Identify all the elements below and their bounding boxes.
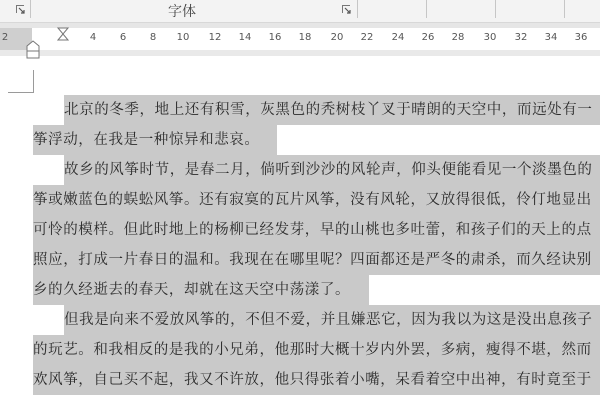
text-line[interactable]: 的玩艺。和我相反的是我的小兄弟，他那时大概十岁内外罢，多病，瘦得不堪，然而	[33, 335, 600, 365]
ruler-tick: 12	[209, 32, 222, 43]
ruler-tick: 26	[422, 32, 435, 43]
ruler-tick: 10	[177, 32, 190, 43]
ruler-tick: 30	[484, 32, 497, 43]
horizontal-ruler[interactable]: 2 4 6 8 10 12 14 16 18 20 22 24 26 28 30…	[0, 28, 600, 50]
ruler-tick: 28	[452, 32, 465, 43]
text-line[interactable]: 照应，打成一片春日的温和。我现在在哪里呢？四面都还是严冬的肃杀，而久经诀别	[33, 245, 600, 275]
ribbon-separator	[564, 0, 565, 18]
ruler-tick: 16	[269, 32, 282, 43]
font-dialog-launcher-icon[interactable]	[342, 5, 351, 14]
font-group-label: 字体	[168, 1, 196, 21]
text-line[interactable]: 北京的冬季，地上还有积雪，灰黑色的秃树枝丫叉于晴朗的天空中，而远处有一	[64, 95, 600, 125]
text-line[interactable]: 可怜的模样。但此时地上的杨柳已经发芽，早的山桃也多吐蕾，和孩子们的天上的点	[33, 215, 600, 245]
ruler-tick: 2	[2, 32, 8, 43]
ruler-tick: 14	[239, 32, 252, 43]
document-body[interactable]: 北京的冬季，地上还有积雪，灰黑色的秃树枝丫叉于晴朗的天空中，而远处有一 筝浮动，…	[0, 56, 600, 400]
first-line-indent-marker-icon[interactable]	[57, 27, 69, 41]
ruler-tick: 4	[90, 32, 96, 43]
text-line[interactable]: 筝浮动，在我是一种惊异和悲哀。	[33, 125, 277, 155]
ruler-tick: 34	[545, 32, 558, 43]
text-line[interactable]: 欢风筝，自己买不起，我又不许放，他只得张着小嘴，呆看着空中出神，有时竟至于	[33, 365, 600, 395]
ribbon-separator	[426, 0, 427, 18]
text-line[interactable]: 但我是向来不爱放风筝的，不但不爱，并且嫌恶它，因为我以为这是没出息孩子	[64, 305, 600, 335]
text-line[interactable]: 筝或嫩蓝色的蜈蚣风筝。还有寂寞的瓦片风筝，没有风轮，又放得很低，伶仃地显出	[33, 185, 600, 215]
ruler-tick: 32	[515, 32, 528, 43]
ruler-tick: 36	[575, 32, 588, 43]
ruler-tick: 8	[150, 32, 156, 43]
ribbon-separator	[30, 0, 31, 18]
ribbon-group-bar: 字体	[0, 0, 600, 22]
ruler-tick: 20	[331, 32, 344, 43]
text-line[interactable]: 乡的久经逝去的春天，却就在这天空中荡漾了。	[33, 275, 369, 305]
ruler-tick: 22	[361, 32, 374, 43]
ribbon-separator	[495, 0, 496, 18]
ruler-tick: 6	[120, 32, 126, 43]
ribbon-separator	[357, 0, 358, 18]
dialog-launcher-icon[interactable]	[16, 5, 25, 14]
ruler-tick: 24	[392, 32, 405, 43]
text-line[interactable]: 故乡的风筝时节，是春二月，倘听到沙沙的风轮声，仰头便能看见一个淡墨色的	[64, 155, 600, 185]
ruler-tick: 18	[299, 32, 312, 43]
